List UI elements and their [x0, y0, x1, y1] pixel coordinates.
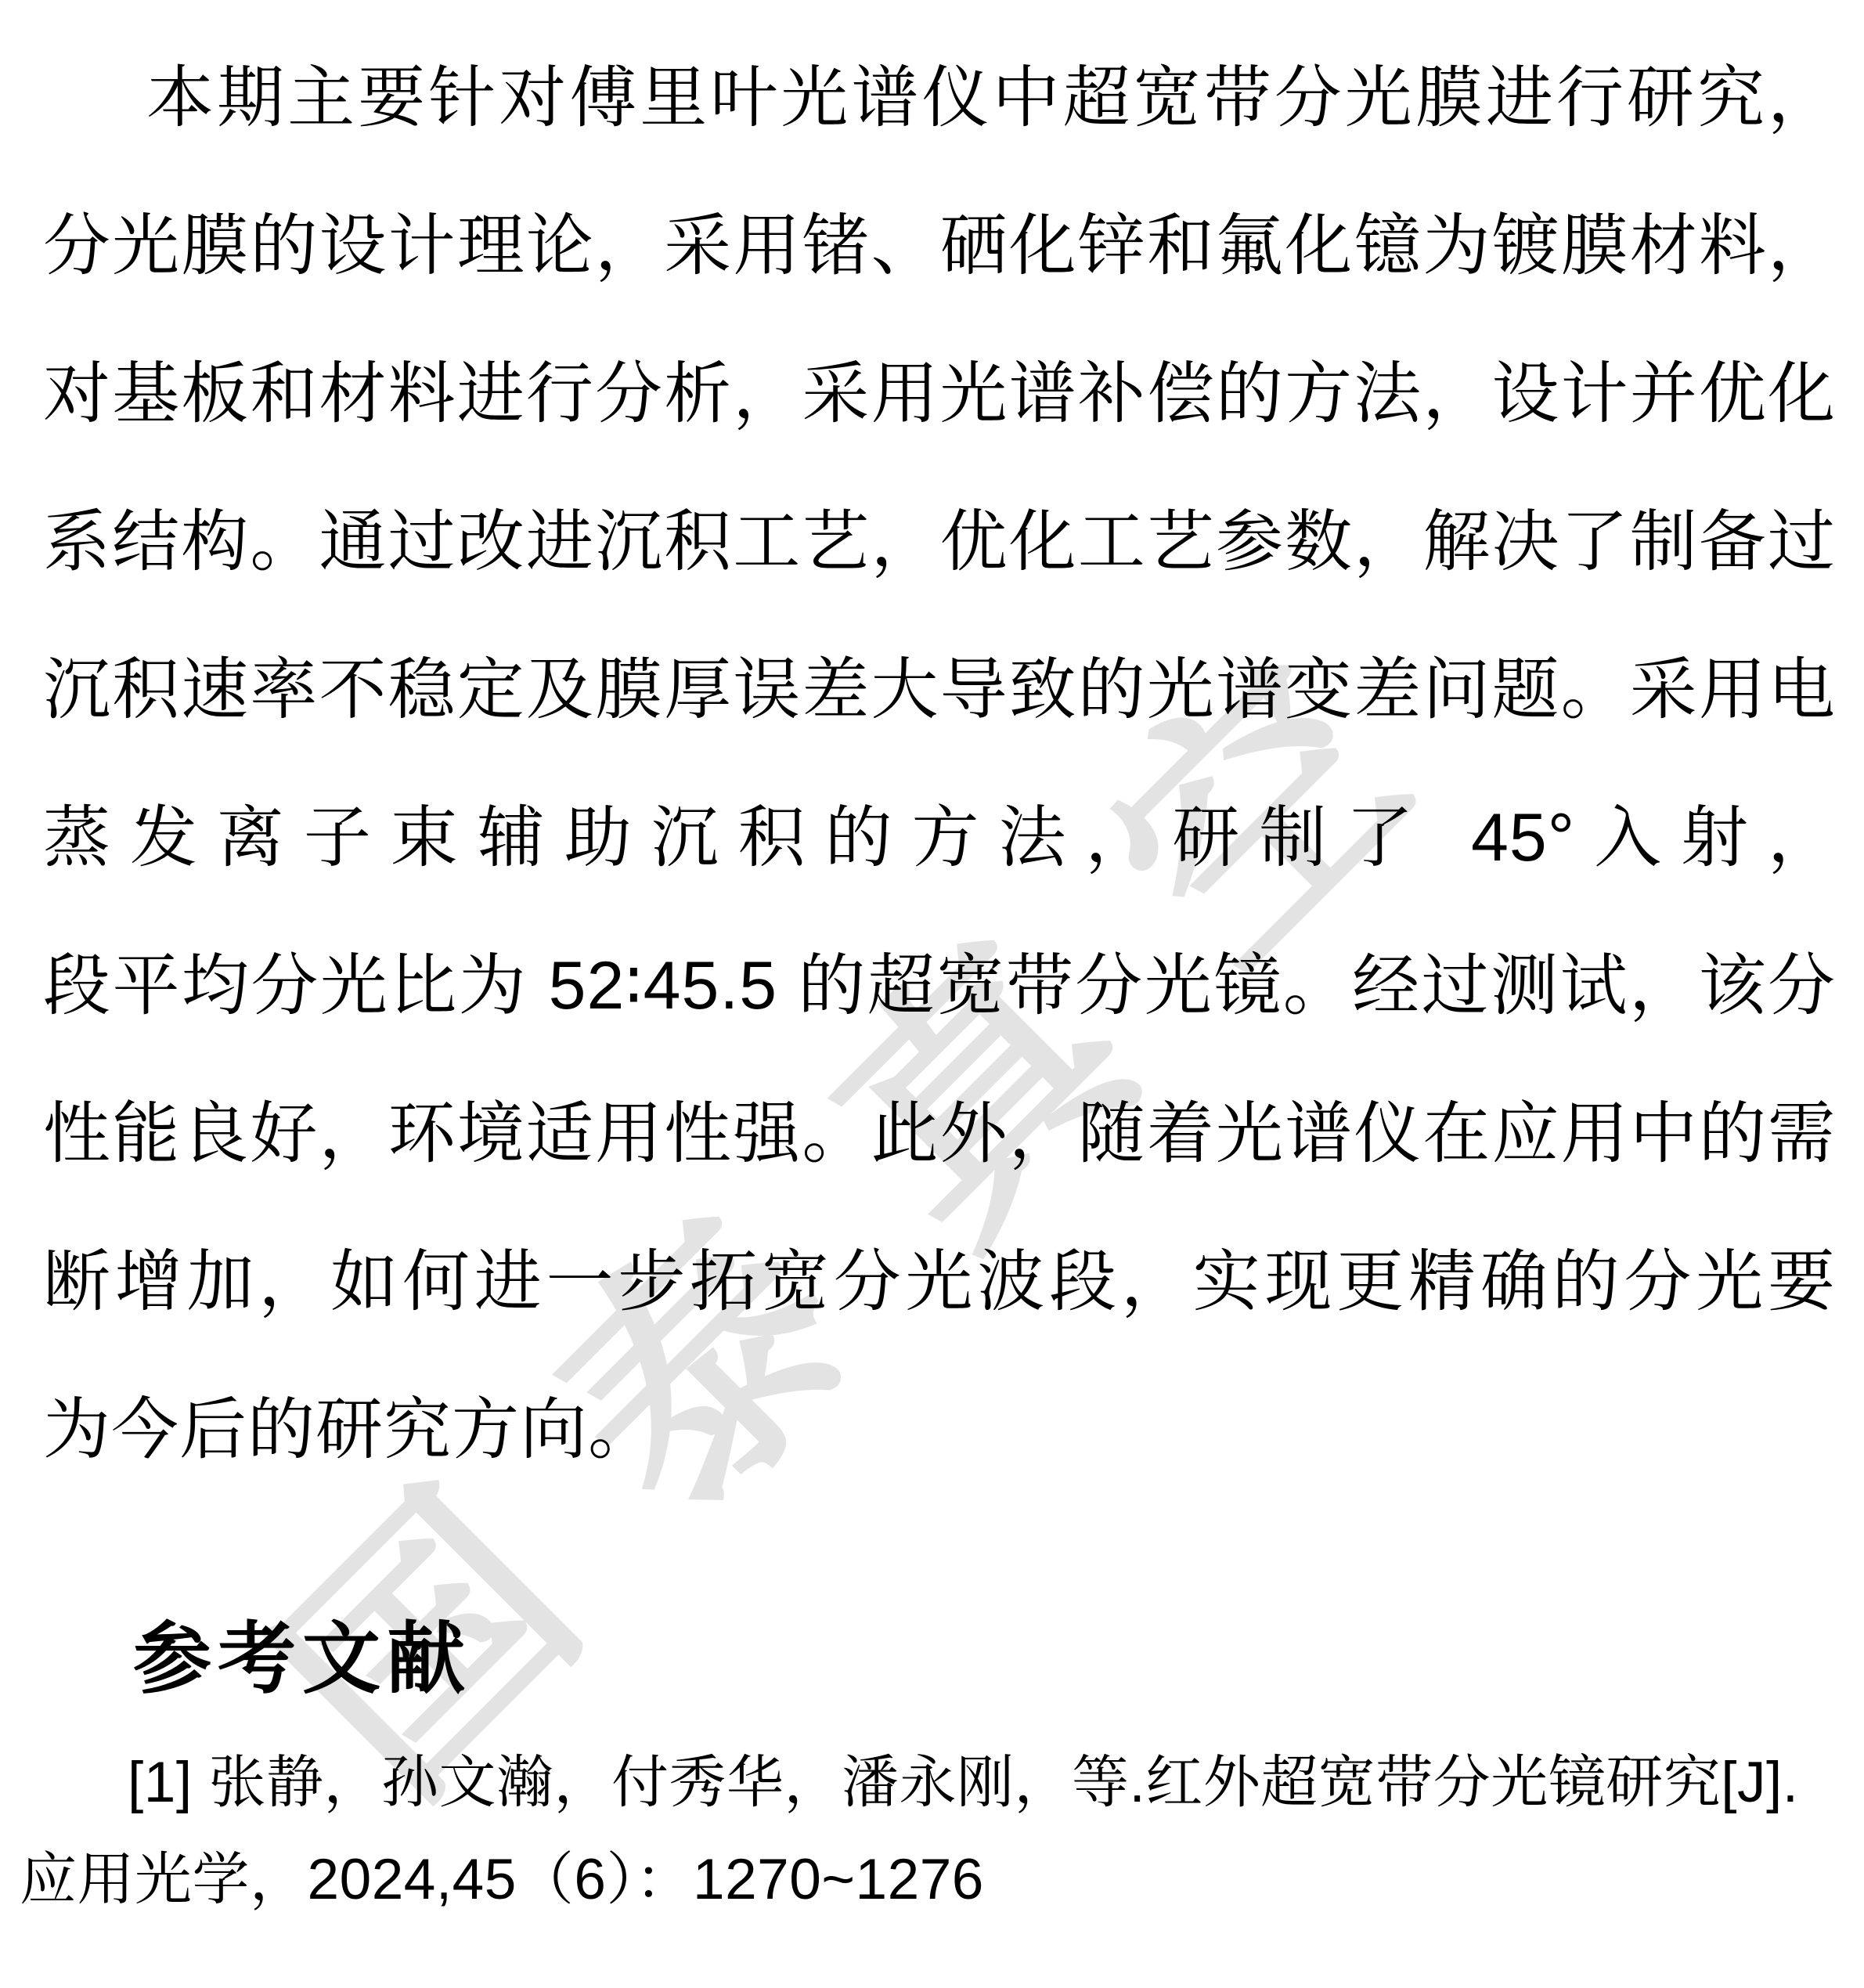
- document-page: 国泰真空 本期主要针对傅里叶光谱仪中超宽带分光膜进行研究，根据 分光膜的设计理论…: [0, 0, 1864, 1988]
- paragraph-line: 系结构。通过改进沉积工艺，优化工艺参数，解决了制备过程中: [43, 468, 1836, 616]
- paragraph-line: 对基板和材料进行分析，采用光谱补偿的方法，设计并优化了膜: [43, 320, 1836, 468]
- paragraph-line: 段平均分光比为 52∶45.5 的超宽带分光镜。经过测试，该分光镜: [43, 912, 1836, 1060]
- paragraph-line: 蒸发离子束辅助沉积的方法，研制了 45°入射，2.5μm~20μm 波: [43, 764, 1836, 912]
- paragraph-line: 为今后的研究方向。: [43, 1356, 1836, 1504]
- paragraph-line: 性能良好，环境适用性强。此外，随着光谱仪在应用中的需求不: [43, 1060, 1836, 1208]
- paragraph-line: 沉积速率不稳定及膜厚误差大导致的光谱变差问题。采用电子束: [43, 616, 1836, 764]
- references-heading: 参考文献: [133, 1616, 471, 1702]
- paragraph-line: 分光膜的设计理论，采用锗、硒化锌和氟化镱为镀膜材料，通过: [43, 172, 1836, 320]
- reference-entry-line: [1] 张静，孙文瀚，付秀华，潘永刚，等.红外超宽带分光镜研究[J].: [128, 1734, 1799, 1831]
- paragraph-line: 断增加，如何进一步拓宽分光波段，实现更精确的分光要求，成: [43, 1208, 1836, 1356]
- reference-entry-line: 应用光学，2024,45（6）：1270~1276: [20, 1831, 984, 1928]
- paragraph-line: 本期主要针对傅里叶光谱仪中超宽带分光膜进行研究，根据: [43, 24, 1836, 172]
- abstract-paragraph: 本期主要针对傅里叶光谱仪中超宽带分光膜进行研究，根据 分光膜的设计理论，采用锗、…: [43, 24, 1836, 1504]
